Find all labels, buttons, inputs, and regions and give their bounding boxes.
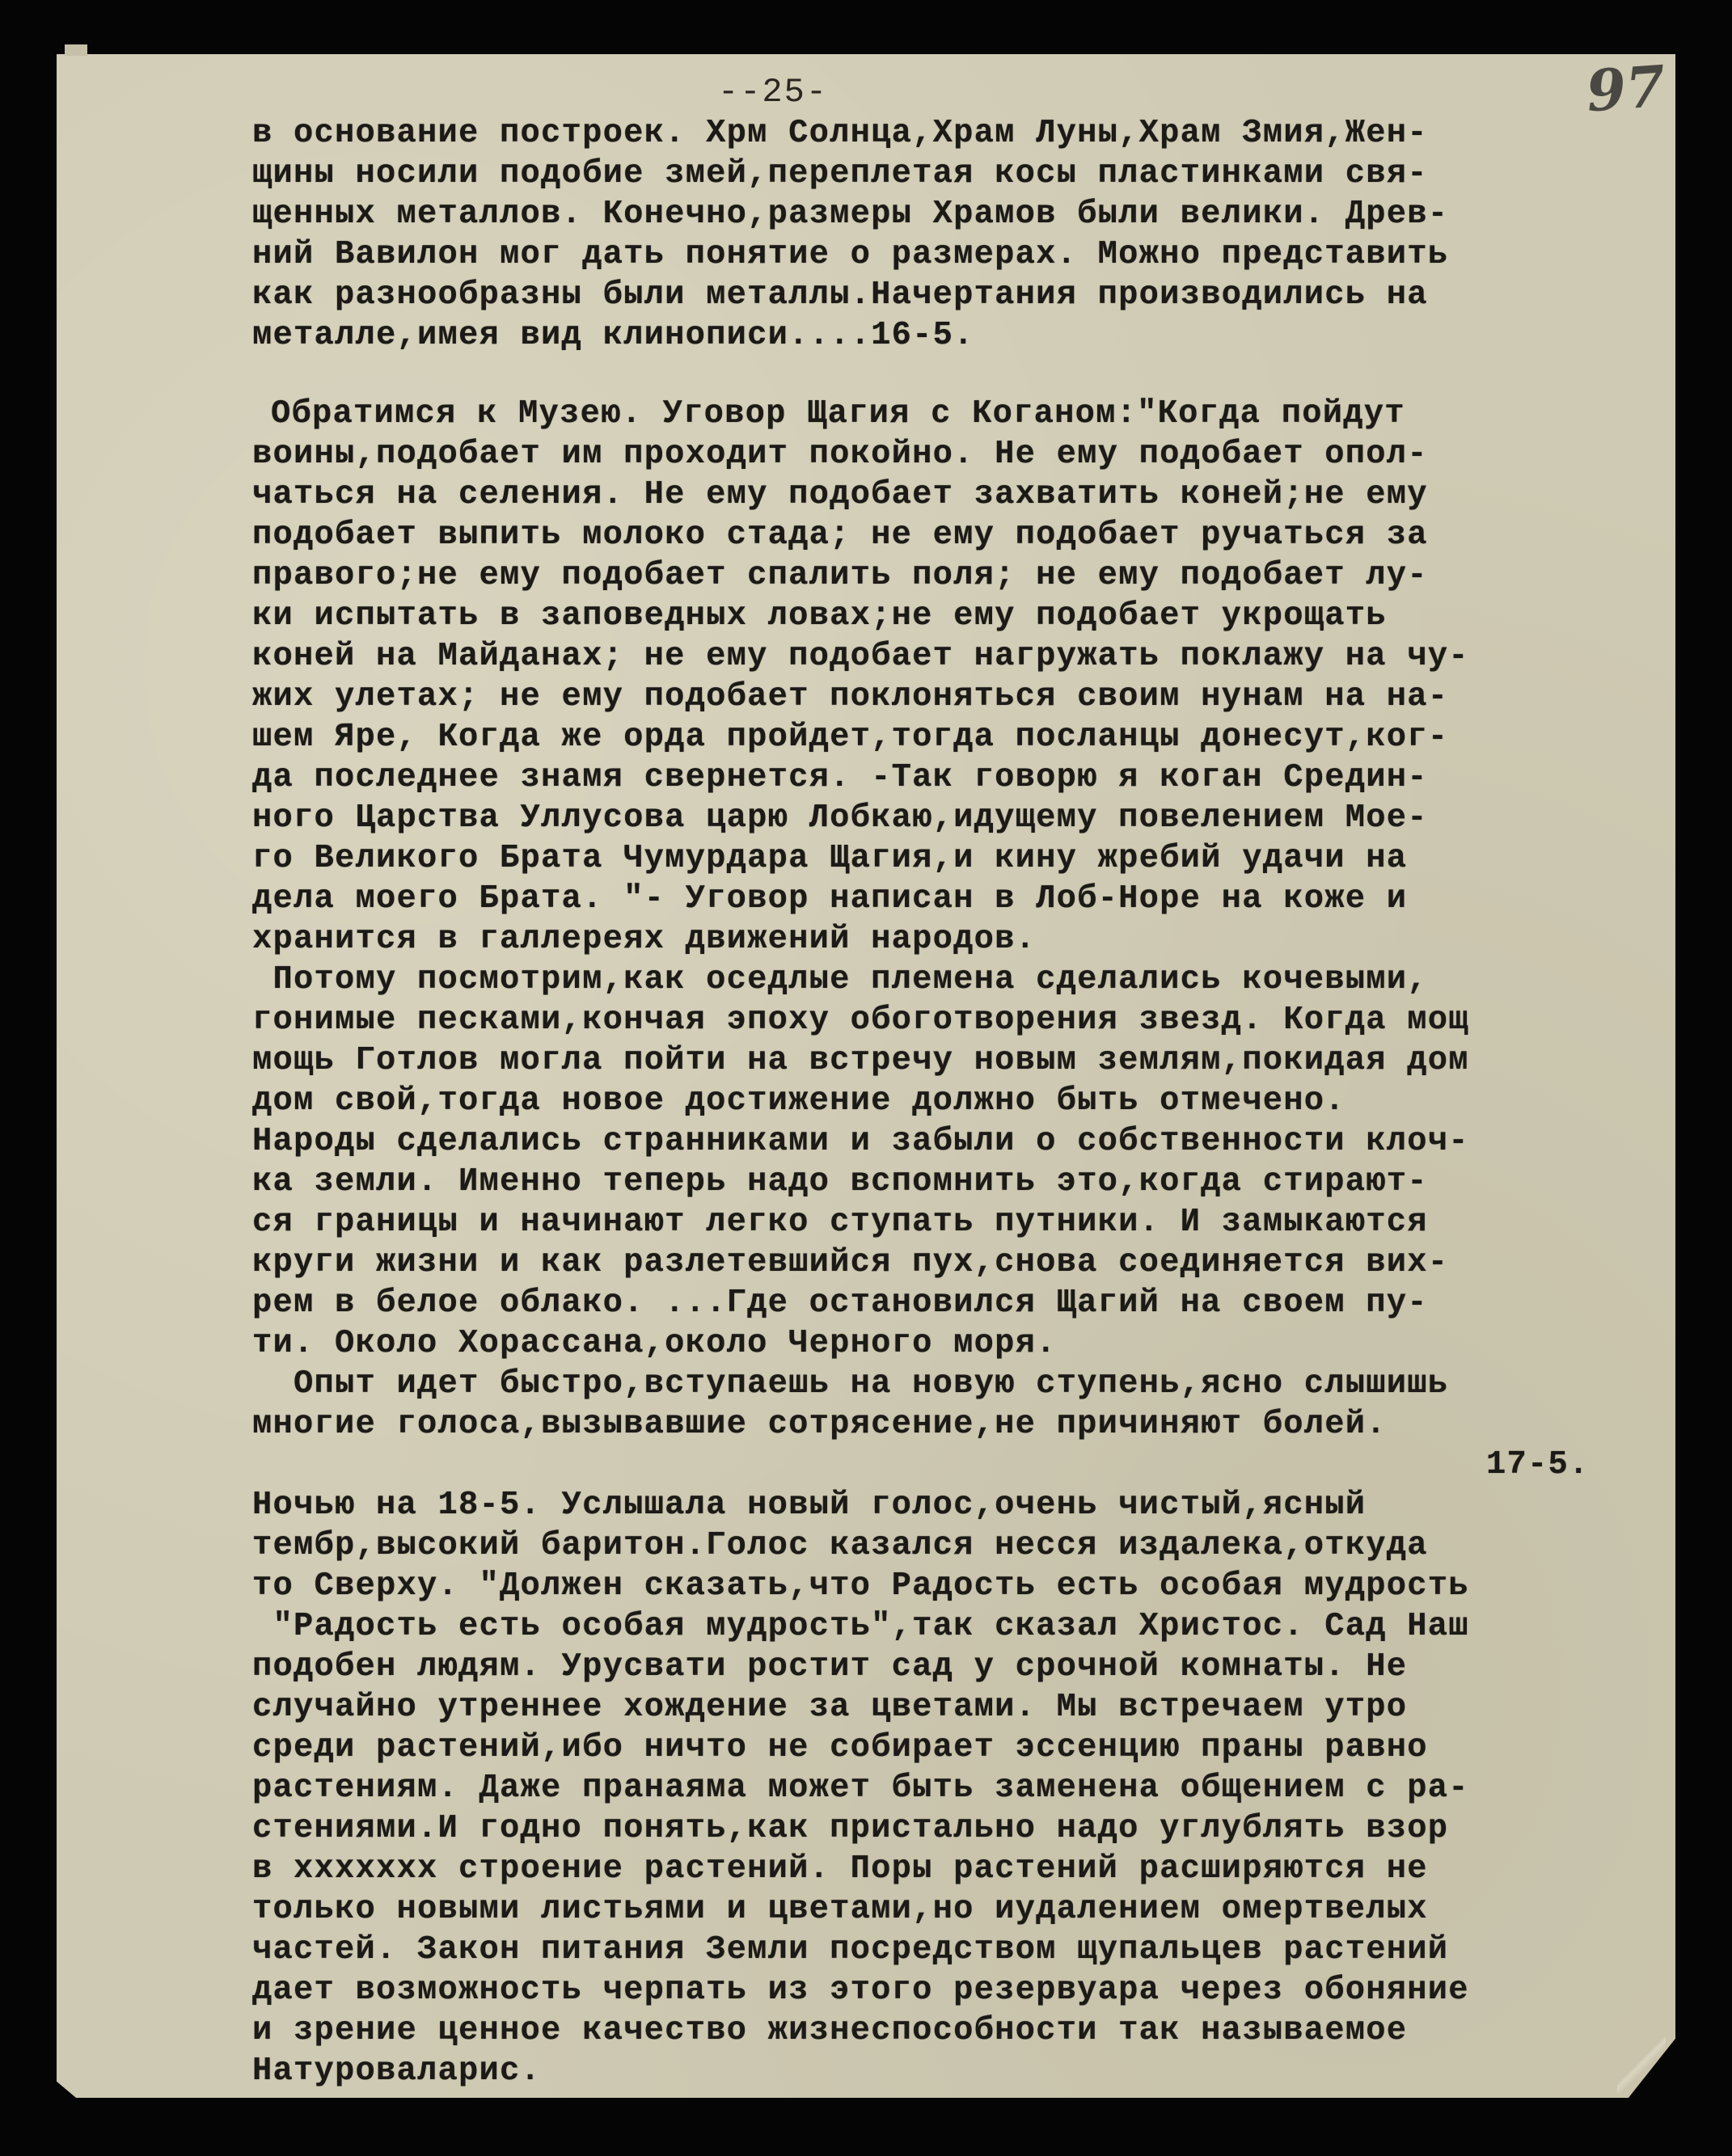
text-line: Обратимся к Музею. Уговор Щагия с Когано…	[271, 394, 1405, 434]
text-line: то Сверху. "Должен сказать,что Радость е…	[252, 1566, 1469, 1606]
text-line: хранится в галлереях движений народов.	[252, 919, 1036, 960]
text-line: случайно утреннее хождение за цветами. М…	[252, 1687, 1407, 1728]
text-line: дела моего Брата. "- Уговор написан в Ло…	[252, 879, 1407, 919]
text-line: ся границы и начинают легко ступать путн…	[252, 1202, 1428, 1243]
text-line: Опыт идет быстро,вступаешь на новую ступ…	[252, 1364, 1448, 1404]
text-line: среди растений,ибо ничто не собирает эсс…	[252, 1728, 1428, 1768]
text-line: стениями.И годно понять,как пристально н…	[252, 1808, 1448, 1849]
text-line: щины носили подобие змей,переплетая косы…	[252, 154, 1428, 194]
text-line: круги жизни и как разлетевшийся пух,снов…	[252, 1243, 1448, 1283]
text-line: Ночью на 18-5. Услышала новый голос,очен…	[252, 1485, 1366, 1525]
text-line: 17-5.	[1486, 1445, 1590, 1485]
text-line: щенных металлов. Конечно,размеры Храмов …	[252, 194, 1448, 234]
text-line: и зрение ценное качество жизнеспособност…	[252, 2010, 1407, 2051]
text-line: Народы сделались странниками и забыли о …	[252, 1121, 1469, 1162]
archive-folio-number: 97	[1584, 53, 1667, 125]
text-line: частей. Закон питания Земли посредством …	[252, 1930, 1448, 1970]
page-number: --25-	[718, 73, 828, 112]
text-line: металле,имея вид клинописи....16-5.	[252, 315, 974, 356]
text-line: правого;не ему подобает спалить поля; не…	[252, 555, 1428, 596]
text-line: ки испытать в заповедных ловах;не ему по…	[252, 596, 1387, 636]
text-line: ка земли. Именно теперь надо вспомнить э…	[252, 1162, 1428, 1202]
text-line: коней на Майданах; не ему подобает нагру…	[252, 636, 1469, 677]
text-line: Потому посмотрим,как оседлые племена сде…	[252, 960, 1428, 1000]
text-line: ний Вавилон мог дать понятие о размерах.…	[252, 234, 1448, 275]
text-line: жих улетах; не ему подобает поклоняться …	[252, 677, 1448, 717]
text-line: как разнообразны были металлы.Начертания…	[252, 275, 1428, 315]
text-line: только новыми листьями и цветами,но иуда…	[252, 1889, 1428, 1930]
text-line: рем в белое облако. ...Где остановился Щ…	[252, 1283, 1428, 1323]
text-line: многие голоса,вызывавшие сотрясение,не п…	[252, 1404, 1387, 1445]
text-line: подобает выпить молоко стада; не ему под…	[252, 515, 1428, 555]
paper-tab-corner	[65, 44, 87, 56]
text-line: го Великого Брата Чумурдара Щагия,и кину…	[252, 838, 1407, 879]
text-line: да последнее знамя свернется. -Так говор…	[252, 757, 1428, 798]
text-line: шем Яре, Когда же орда пройдет,тогда пос…	[252, 717, 1448, 757]
text-line: в xxxxxxx строение растений. Поры растен…	[252, 1849, 1428, 1889]
text-line: чаться на селения. Не ему подобает захва…	[252, 475, 1428, 515]
text-line: "Радость есть особая мудрость",так сказа…	[252, 1606, 1469, 1647]
text-line: воины,подобает им проходит покойно. Не е…	[252, 434, 1428, 475]
text-line: тембр,высокий баритон.Голос казался несс…	[252, 1525, 1428, 1566]
text-line: мощь Готлов могла пойти на встречу новым…	[252, 1040, 1469, 1081]
text-line: в основание построек. Хрм Солнца,Храм Лу…	[252, 113, 1428, 154]
text-line: ти. Около Хорассана,около Черного моря.	[252, 1323, 1057, 1364]
text-line: Натуроваларис.	[252, 2051, 541, 2091]
text-line: гонимые песками,кончая эпоху обоготворен…	[252, 1000, 1469, 1040]
text-line: дает возможность черпать из этого резерв…	[252, 1970, 1469, 2010]
text-line: растениям. Даже пранаяма может быть заме…	[252, 1768, 1469, 1808]
text-line: дом свой,тогда новое достижение должно б…	[252, 1081, 1345, 1121]
text-line: подобен людям. Урусвати ростит сад у сро…	[252, 1647, 1407, 1687]
folded-corner	[1617, 2029, 1666, 2094]
text-line: ного Царства Уллусова царю Лобкаю,идущем…	[252, 798, 1428, 838]
